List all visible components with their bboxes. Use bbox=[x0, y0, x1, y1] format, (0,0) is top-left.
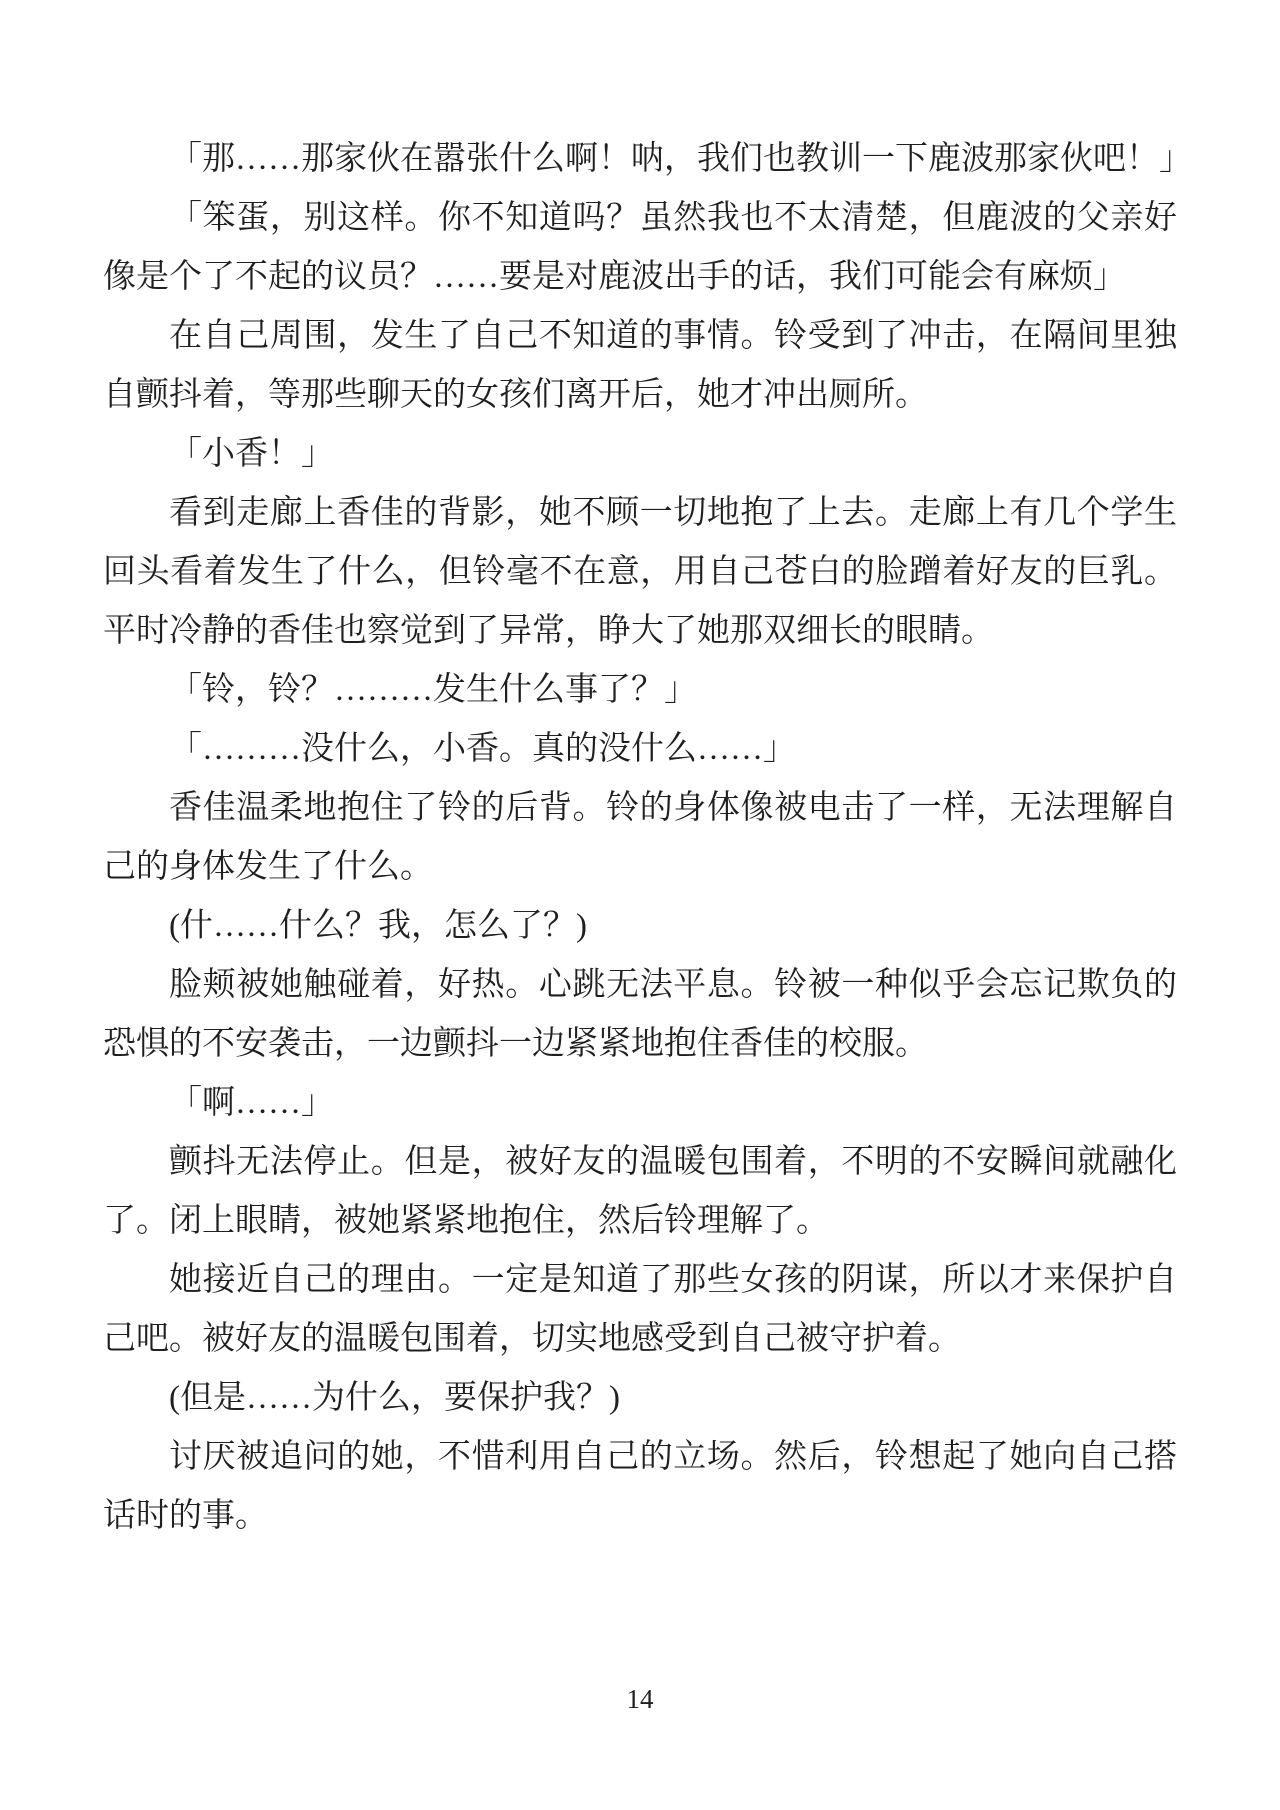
paragraph: 看到走廊上香佳的背影，她不顾一切地抱了上去。走廊上有几个学生回头看着发生了什么，… bbox=[103, 484, 1177, 661]
paragraph: 「笨蛋，别这样。你不知道吗？虽然我也不太清楚，但鹿波的父亲好像是个了不起的议员？… bbox=[103, 189, 1177, 307]
paragraph: 在自己周围，发生了自己不知道的事情。铃受到了冲击，在隔间里独自颤抖着，等那些聊天… bbox=[103, 307, 1177, 425]
paragraph: 讨厌被追问的她，不惜利用自己的立场。然后，铃想起了她向自己搭话时的事。 bbox=[103, 1428, 1177, 1546]
paragraph: 「那……那家伙在嚣张什么啊！呐，我们也教训一下鹿波那家伙吧！」 bbox=[103, 130, 1177, 189]
paragraph: (但是……为什么，要保护我？) bbox=[103, 1369, 1177, 1428]
paragraph: 「………没什么，小香。真的没什么……」 bbox=[103, 720, 1177, 779]
paragraph: 脸颊被她触碰着，好热。心跳无法平息。铃被一种似乎会忘记欺负的恐惧的不安袭击，一边… bbox=[103, 956, 1177, 1074]
body-text: 「那……那家伙在嚣张什么啊！呐，我们也教训一下鹿波那家伙吧！」 「笨蛋，别这样。… bbox=[103, 130, 1177, 1546]
paragraph: (什……什么？我，怎么了？) bbox=[103, 897, 1177, 956]
paragraph: 「啊……」 bbox=[103, 1074, 1177, 1133]
document-page: 「那……那家伙在嚣张什么啊！呐，我们也教训一下鹿波那家伙吧！」 「笨蛋，别这样。… bbox=[0, 0, 1280, 1810]
paragraph: 「小香！」 bbox=[103, 425, 1177, 484]
paragraph: 香佳温柔地抱住了铃的后背。铃的身体像被电击了一样，无法理解自己的身体发生了什么。 bbox=[103, 779, 1177, 897]
paragraph: 她接近自己的理由。一定是知道了那些女孩的阴谋，所以才来保护自己吧。被好友的温暖包… bbox=[103, 1251, 1177, 1369]
page-number: 14 bbox=[0, 1683, 1280, 1715]
paragraph: 「铃，铃？………发生什么事了？」 bbox=[103, 661, 1177, 720]
paragraph: 颤抖无法停止。但是，被好友的温暖包围着，不明的不安瞬间就融化了。闭上眼睛，被她紧… bbox=[103, 1133, 1177, 1251]
